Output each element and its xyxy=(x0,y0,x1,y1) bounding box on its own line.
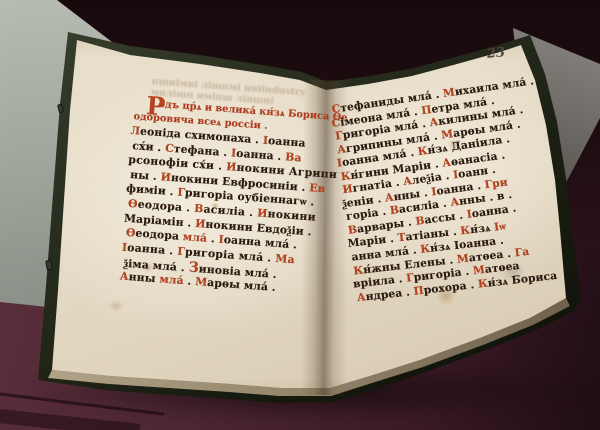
folio-number: 23 xyxy=(486,45,506,62)
foxing-stain xyxy=(108,300,124,312)
left-page-text: Р одъ цр́ѧ и велика́ кн́зѧ Бориса Ѳе одо… xyxy=(119,97,347,300)
rubric-initial: Га xyxy=(514,244,530,259)
ink-text: . xyxy=(183,274,195,288)
left-page-lines: Леоніда схимонаха . Іоаннасх́и . Стефана… xyxy=(119,124,345,300)
rubric-drop-initial: Р xyxy=(145,93,166,119)
rubric-initial: Ев xyxy=(309,181,326,195)
ink-text: нокини xyxy=(267,207,316,224)
ink-text: оанна . xyxy=(236,146,286,163)
ink-text: нны xyxy=(128,270,160,285)
rubric-initial: мла́ xyxy=(159,272,184,287)
ink-text: ны . xyxy=(130,168,161,183)
ink-text: сх́и . xyxy=(132,139,166,154)
photo-museum-manuscript: пшнімні лішпмі нпіindustry мнлішп нміпш … xyxy=(0,0,600,430)
ink-text: еодора xyxy=(135,227,183,243)
ink-text: оанна xyxy=(268,134,306,150)
rubric-initial: Ва xyxy=(285,150,302,164)
rubric-initial: Іѡ xyxy=(493,220,506,234)
rubric-initial: мла́ xyxy=(182,230,207,245)
ink-text: . xyxy=(207,232,219,246)
rubric-initial: Ма xyxy=(275,252,295,266)
rubric-initial: М xyxy=(195,275,208,289)
right-page-lines: Стефаниды мла́ . Михаила мла́ .Сімеона м… xyxy=(331,75,571,305)
right-page-text: Стефаниды мла́ . Михаила мла́ .Сімеона м… xyxy=(331,75,571,305)
